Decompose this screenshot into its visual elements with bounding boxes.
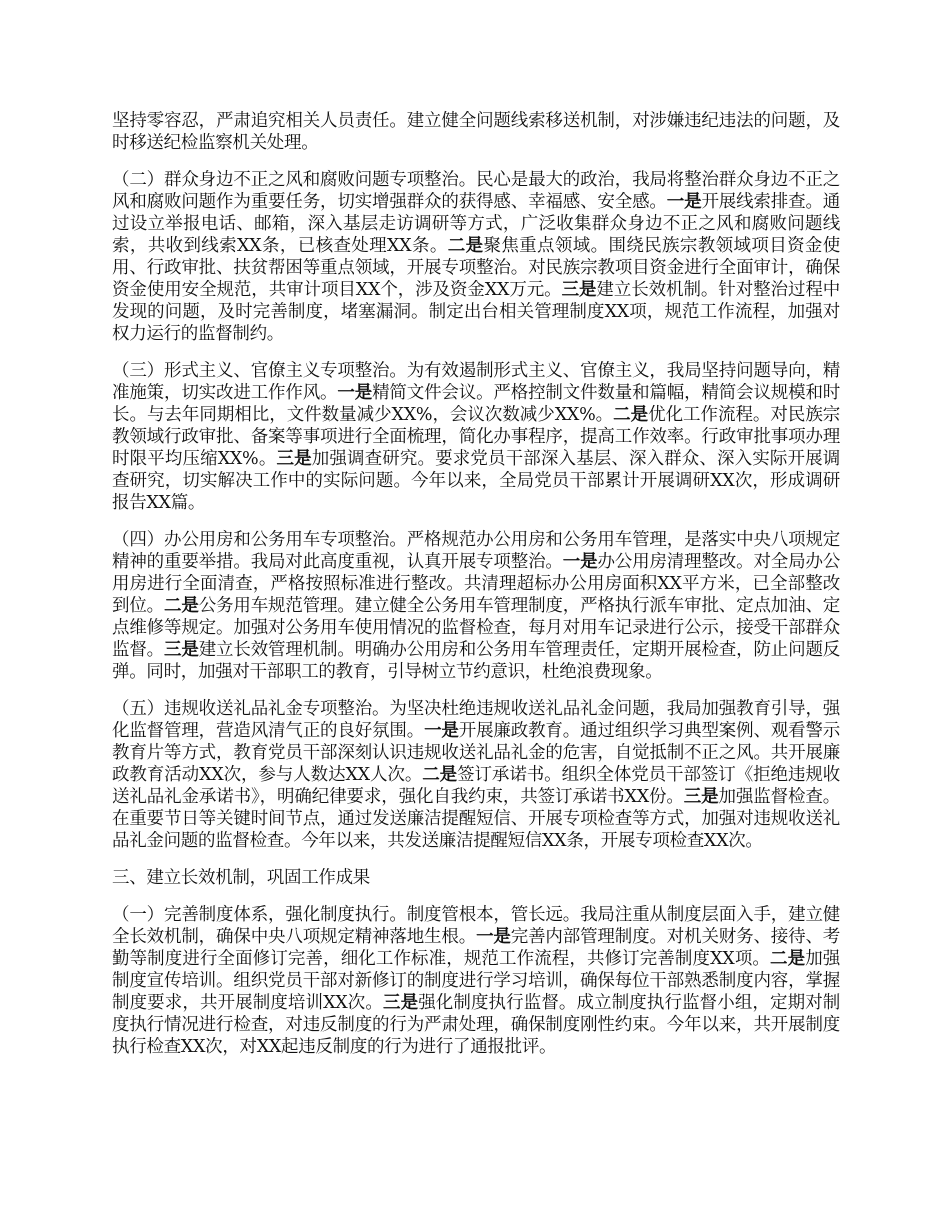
emphasis-third: 三是 bbox=[383, 993, 418, 1013]
emphasis-second: 二是 bbox=[448, 236, 484, 256]
emphasis-third: 三是 bbox=[684, 787, 719, 807]
paragraph-section-2-3: （三）形式主义、官僚主义专项整治。为有效遏制形式主义、官僚主义，我局坚持问题导向… bbox=[112, 360, 840, 514]
paragraph-section-2-4: （四）办公用房和公务用车专项整治。严格规范办公用房和公务用车管理，是落实中央八项… bbox=[112, 529, 840, 683]
section-heading-3: 三、建立长效机制，巩固工作成果 bbox=[112, 867, 840, 889]
emphasis-third: 三是 bbox=[164, 640, 199, 660]
emphasis-second: 二是 bbox=[613, 405, 648, 425]
paragraph-section-2-2: （二）群众身边不正之风和腐败问题专项整治。民心是最大的政治，我局将整治群众身边不… bbox=[112, 169, 840, 345]
paragraph-continuation: 坚持零容忍，严肃追究相关人员责任。建立健全问题线索移送机制，对涉嫌违纪违法的问题… bbox=[112, 110, 840, 154]
paragraph-section-3-1: （一）完善制度体系，强化制度执行。制度管根本，管长远。我局注重从制度层面入手，建… bbox=[112, 904, 840, 1058]
emphasis-second: 二是 bbox=[770, 949, 805, 969]
paragraph-section-2-5: （五）违规收送礼品礼金专项整治。为坚决杜绝违规收送礼品礼金问题，我局加强教育引导… bbox=[112, 698, 840, 852]
emphasis-third: 三是 bbox=[562, 280, 597, 300]
emphasis-first: 一是 bbox=[667, 192, 702, 212]
document-page: 坚持零容忍，严肃追究相关人员责任。建立健全问题线索移送机制，对涉嫌违纪违法的问题… bbox=[112, 110, 840, 1073]
emphasis-third: 三是 bbox=[276, 449, 311, 469]
emphasis-second: 二是 bbox=[164, 596, 199, 616]
emphasis-first: 一是 bbox=[424, 721, 459, 741]
emphasis-second: 二是 bbox=[422, 765, 457, 785]
emphasis-first: 一是 bbox=[563, 552, 598, 572]
emphasis-first: 一是 bbox=[476, 927, 511, 947]
emphasis-first: 一是 bbox=[337, 383, 372, 403]
